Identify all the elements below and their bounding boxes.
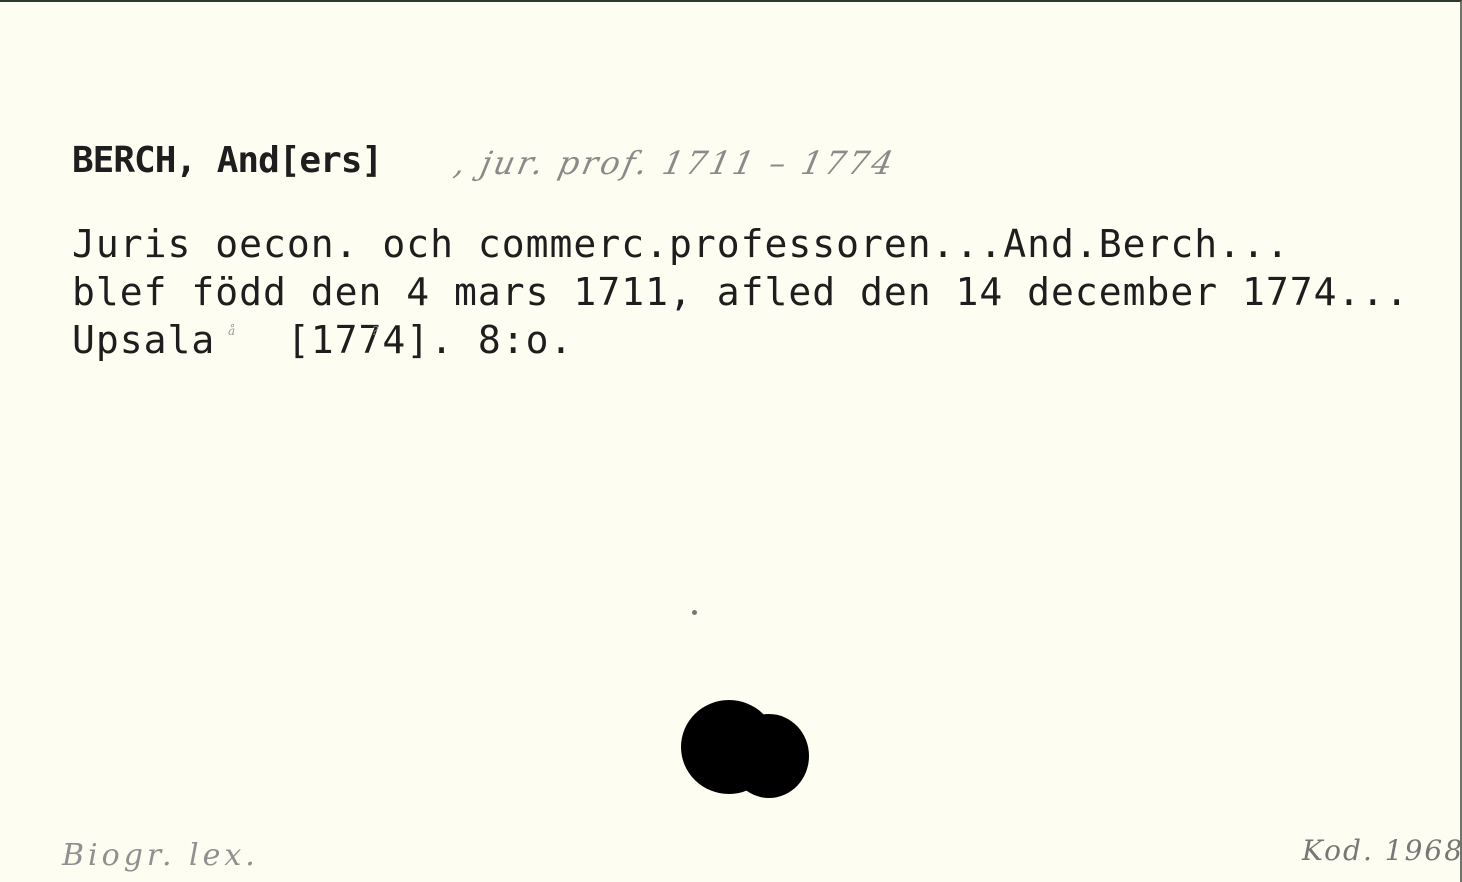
ink-dot bbox=[692, 610, 697, 615]
catalog-card: BERCH, And[ers] , jur. prof. 1711 – 1774… bbox=[0, 0, 1462, 882]
annotation-upsala: å bbox=[228, 324, 235, 338]
handwritten-heading-note: , jur. prof. 1711 – 1774 bbox=[451, 144, 899, 182]
card-heading: BERCH, And[ers] bbox=[72, 140, 382, 181]
punch-hole-blot-overlap bbox=[729, 714, 809, 798]
footer-source-note: Biogr. lex. bbox=[62, 838, 259, 873]
body-line-2: blef född den 4 mars 1711, afled den 14 … bbox=[72, 270, 1409, 314]
footer-code-note: Kod. 1968 bbox=[1302, 834, 1462, 867]
body-line-3: Upsala [1774]. 8:o. bbox=[72, 318, 573, 362]
annotation-year: ? bbox=[372, 324, 378, 338]
body-line-1: Juris oecon. och commerc.professoren...A… bbox=[72, 222, 1290, 266]
